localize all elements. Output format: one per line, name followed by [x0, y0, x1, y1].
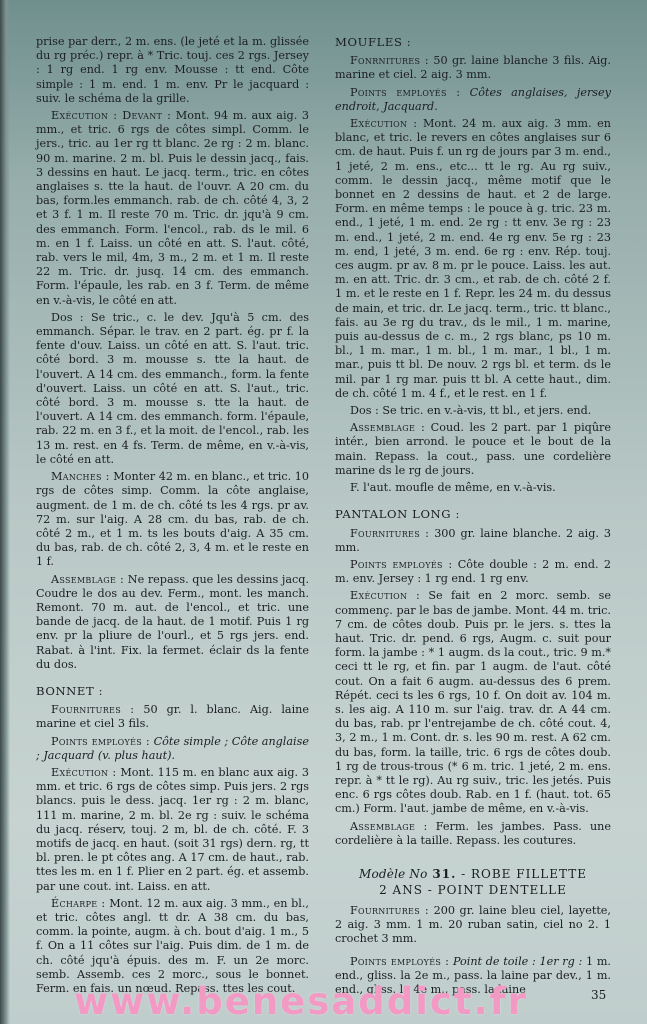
moufles-fournitures-label: Fonrnitures :	[350, 54, 429, 67]
moufles-fournitures: Fonrnitures : 50 gr. laine blanche 3 fil…	[335, 54, 611, 82]
bonnet-execution-label: Exécution :	[51, 766, 117, 779]
execution-devant-label: Exécution : Devant :	[51, 109, 171, 122]
moufles-dos-label: Dos :	[350, 404, 379, 417]
pantalon-assemblage-label: Assemblage :	[350, 820, 428, 833]
execution-devant-paragraph: Exécution : Devant : Mont. 94 m. aux aig…	[36, 109, 309, 308]
moufles-closing: F. l'aut. moufle de même, en v.-à-vis.	[335, 481, 611, 495]
pantalon-fournitures: Fournitures : 300 gr. laine blanche. 2 a…	[335, 527, 611, 555]
dos-paragraph: Dos : Se tric., c. le dev. Jqu'à 5 cm. d…	[36, 311, 309, 467]
moufles-dos-text: Se tric. en v.-à-vis, tt bl., et jers. e…	[382, 404, 591, 417]
model-number: 31.	[432, 867, 456, 881]
assemblage-label: Assemblage :	[51, 573, 124, 586]
manches-text: Monter 42 m. en blanc., et tric. 10 rgs …	[36, 470, 309, 568]
moufles-dos: Dos : Se tric. en v.-à-vis, tt bl., et j…	[335, 404, 611, 418]
moufles-assemblage: Assemblage : Coud. les 2 part. par 1 piq…	[335, 421, 611, 478]
modele-fournitures-label: Fournitures :	[350, 904, 429, 917]
left-column: prise par derr., 2 m. ens. (le jeté et l…	[36, 35, 309, 999]
manches-label: Manches :	[51, 470, 110, 483]
assemblage-text: Ne repass. que les dessins jacq. Coudre …	[36, 573, 309, 671]
intro-paragraph: prise par derr., 2 m. ens. (le jeté et l…	[36, 35, 309, 106]
pantalon-execution-label: Exécution :	[350, 589, 420, 602]
bonnet-execution-text: Mont. 115 m. en blanc aux aig. 3 mm. et …	[36, 766, 309, 893]
model-title-line-1: Modèle No 31. - ROBE FILLETTE	[335, 866, 611, 882]
bonnet-fournitures-label: Fournitures :	[51, 703, 134, 716]
echarpe-label: Écharpe :	[51, 897, 105, 910]
pantalon-execution-text: Se fait en 2 morc. semb. se commenç. par…	[335, 589, 611, 815]
moufles-points-label: Points employés :	[350, 86, 460, 99]
model-title: Modèle No 31. - ROBE FILLETTE 2 ANS - PO…	[335, 866, 611, 898]
bonnet-points-label: Points employés :	[51, 735, 150, 748]
dos-label: Dos :	[51, 311, 84, 324]
moufles-points: Points employés : Côtes anglaises, jerse…	[335, 86, 611, 114]
pantalon-assemblage: Assemblage : Ferm. les jambes. Pass. une…	[335, 820, 611, 848]
moufles-heading: MOUFLES :	[335, 35, 611, 49]
bonnet-heading: BONNET :	[36, 684, 309, 698]
moufles-execution-text: Mont. 24 m. aux aig. 3 mm. en blanc, et …	[335, 117, 611, 400]
moufles-assemblage-label: Assemblage :	[350, 421, 425, 434]
pantalon-heading: PANTALON LONG :	[335, 507, 611, 521]
model-name: - ROBE FILLETTE	[461, 867, 587, 881]
execution-devant-text: Mont. 94 m. aux aig. 3 mm., et tric. 6 r…	[36, 109, 309, 307]
bonnet-fournitures: Fournitures : 50 gr. l. blanc. Aig. lain…	[36, 703, 309, 731]
pantalon-execution: Exécution : Se fait en 2 morc. semb. se …	[335, 589, 611, 816]
modele-fournitures: Fournitures : 200 gr. laine bleu ciel, l…	[335, 904, 611, 947]
page-number: 35	[591, 988, 606, 1002]
modele-points-italic: Point de toile : 1er rg :	[453, 955, 582, 968]
moufles-execution: Exécution : Mont. 24 m. aux aig. 3 mm. e…	[335, 117, 611, 401]
pantalon-points: Points employés : Côte double : 2 m. end…	[335, 558, 611, 586]
right-column: MOUFLES : Fonrnitures : 50 gr. laine bla…	[335, 35, 611, 1000]
assemblage-paragraph: Assemblage : Ne repass. que les dessins …	[36, 573, 309, 672]
page-edge	[0, 0, 10, 1024]
dos-text: Se tric., c. le dev. Jqu'à 5 cm. des emm…	[36, 311, 309, 466]
watermark-url: www.benesaddict.fr	[74, 980, 528, 1023]
model-prefix: Modèle No	[359, 867, 428, 881]
modele-points-label: Points employés :	[350, 955, 449, 968]
pantalon-points-label: Points employés :	[350, 558, 452, 571]
model-subtitle: 2 ANS - POINT DENTELLE	[335, 882, 611, 898]
moufles-execution-label: Exécution :	[350, 117, 417, 130]
bonnet-points: Points employés : Côte simple ; Côte ang…	[36, 735, 309, 763]
pantalon-fournitures-label: Fournitures :	[350, 527, 429, 540]
bonnet-execution: Exécution : Mont. 115 m. en blanc aux ai…	[36, 766, 309, 894]
manches-paragraph: Manches : Monter 42 m. en blanc., et tri…	[36, 470, 309, 569]
